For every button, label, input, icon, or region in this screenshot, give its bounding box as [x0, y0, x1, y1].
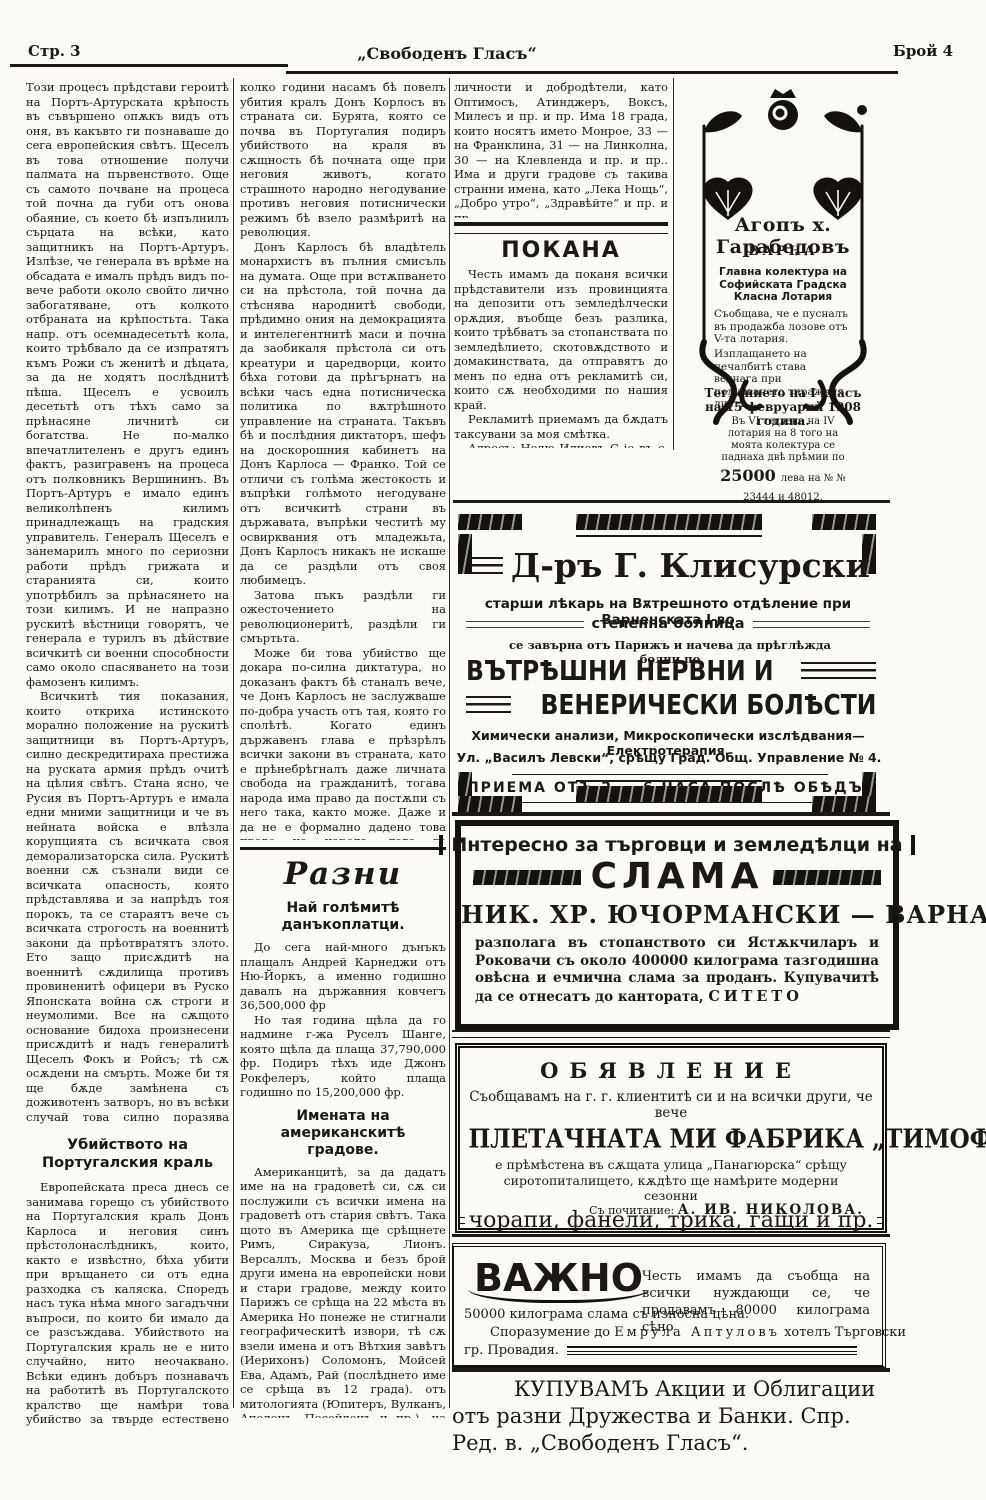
address-row: Ул. „Василъ Левски“, срѣщу Град. Общ. Уп…: [462, 750, 876, 765]
doctor-name: Д-ръ Г. Клисурски: [511, 546, 870, 585]
leaf-finial-right: [824, 111, 862, 132]
thin-rule: [512, 802, 828, 803]
ad-separator-rule: [453, 500, 890, 503]
ad-obyavlenie-timofeev: ОБЯВЛЕНИЕ Съобщавамъ на г. г. клиентитѣ …: [455, 1043, 887, 1233]
header-rule-right: [286, 71, 898, 74]
lottery-prize-line: 25000 лева на № № 23444 и 48012.: [716, 466, 850, 504]
news-item-heading: Имената на американскитѣ градове.: [257, 1108, 429, 1159]
signature-name: А. ИВ. НИКОЛОВА.: [678, 1202, 864, 1218]
factory-name-line: ПЛЕТАЧНАТА МИ ФАБРИКА „ТИМОФЕЕВЪ“: [468, 1123, 873, 1154]
double-line-ornament: [466, 621, 584, 628]
ad-separator-rule: [452, 1030, 890, 1038]
slama-header-row: Интересно за търговци и земледѣлци на: [461, 834, 893, 856]
siteto-word: СИТЕТО: [708, 988, 803, 1005]
news-item-heading: Най голѣмитѣ данъкоплатци.: [240, 900, 446, 934]
address-text: Ул. „Василъ Левски“, срѣщу Град. Общ. Уп…: [457, 750, 882, 765]
ornament-bar: [458, 514, 522, 530]
ad-pokana: ПОКАНА Честь имамъ да поканя всички прѣд…: [454, 220, 668, 448]
slama-body-text: разполага въ стопанството си Ястѫкчиларъ…: [475, 935, 879, 1006]
ad-text: Съобщава, че е пусналъ въ продажба лозов…: [714, 308, 852, 346]
paragraph: До сега най-много дънъкъ плащалъ Андрей …: [240, 940, 446, 1013]
triple-line-ornament: [801, 662, 876, 679]
paragraph: колко години насамъ бѣ повелъ убития кра…: [240, 80, 446, 240]
ornament-line: [576, 780, 762, 782]
obyavlenie-line: Съобщавамъ на г. г. клиентитѣ си и на вс…: [460, 1089, 882, 1121]
slama-header-text: Интересно за търговци и земледѣлци на: [451, 834, 902, 856]
hospital-line-row: степенна болница: [466, 616, 870, 632]
kupuvam-text: КУПУВАМЪ Акции и Облигации отъ разни Дру…: [452, 1376, 886, 1457]
bracket-ornament: [439, 835, 443, 855]
obyavlenie-line: е прѣмѣстена въ сѫщата улица „Панагюрска…: [486, 1157, 856, 1204]
specialty-row-2: ВЕНЕРИЧЕСКИ БОЛѢСТИ: [466, 690, 876, 719]
column-divider-2: [449, 78, 450, 1408]
section-rule: [240, 847, 446, 850]
header-rule-left: [10, 64, 288, 67]
article-portuguese-king: Убийството на Португалския краль Европей…: [26, 1126, 229, 1426]
specialty-row-1: ВЪТРѢШНИ НЕРВНИ И: [466, 656, 876, 685]
masthead-title: „Свободенъ Гласъ“: [347, 44, 547, 63]
paragraph: Затова пъкъ раздѣли ги ожесточението на …: [240, 588, 446, 646]
issue-number-label: Брой 4: [893, 42, 953, 60]
triple-line-ornament: [466, 696, 511, 713]
ornament-bar: [812, 796, 876, 812]
crest-crown: [770, 89, 796, 98]
razni-section-title: Разни: [240, 856, 446, 892]
advertiser-city: ВАРНА: [706, 244, 860, 259]
article-continuation-col2: колко години насамъ бѣ повелъ убития кра…: [240, 80, 446, 840]
triple-line-ornament: [470, 557, 503, 574]
merchant-name: НИК. ХР. ЮЧОРМАНСКИ — ВАРНА: [461, 900, 893, 929]
paragraph: Всичкитѣ тия показания, които откриха ис…: [26, 689, 229, 1126]
paragraph: Американцитѣ, за да дадатъ име на на гра…: [240, 1165, 446, 1419]
paragraph: Може би това убийство ще докара по-силна…: [240, 646, 446, 841]
section-rule: [454, 222, 668, 234]
ornament-bar: [773, 870, 881, 885]
lottery-prize-note: Въ VI теглене на IV лотария на 8 того на…: [716, 416, 850, 464]
doctor-title-row: Д-ръ Г. Клисурски: [470, 546, 878, 585]
article-port-arthur: Този процесъ прѣдстави героитѣ на Портъ-…: [26, 80, 229, 1126]
specialty-text-1: ВЪТРѢШНИ НЕРВНИ И: [466, 654, 774, 686]
ad-separator-rule: [452, 812, 890, 816]
hospital-name: степенна болница: [592, 616, 745, 632]
paragraph: личности и добродѣтели, като Оптимосъ, А…: [454, 80, 668, 218]
signature-label: Съ почитание:: [589, 1204, 674, 1217]
ad-vazhno: ВАЖНО Честь имамъ да съобща на всички ну…: [452, 1243, 886, 1368]
notice-kupuvam: КУПУВАМЪ Акции и Облигации отъ разни Дру…: [452, 1376, 886, 1457]
leaf-finial-left: [704, 111, 742, 132]
paragraph: Но тая година щѣла да го надмине г-жа Ру…: [240, 1013, 446, 1100]
ornament-bar: [576, 786, 762, 802]
paragraph: Адресъ: Недю Илиевъ С ie въ с. Асѫлъ-Бей…: [454, 441, 668, 448]
multi-line-ornament: [567, 1346, 857, 1355]
contact-person-name: Емрула Аптуловъ: [614, 1325, 780, 1340]
column-divider-1: [233, 78, 234, 1408]
double-line-ornament: [753, 621, 871, 628]
specialty-text-2: ВЕНЕРИЧЕСКИ БОЛѢСТИ: [540, 688, 876, 720]
paragraph: Този процесъ прѣдстави героитѣ на Портъ-…: [26, 80, 229, 689]
section-razni: Разни Най голѣмитѣ данъкоплатци. До сега…: [240, 843, 446, 1418]
vazhno-title: ВАЖНО: [468, 1259, 649, 1303]
ornament-bar: [812, 514, 876, 530]
prize-amount: 25000: [720, 466, 776, 485]
crest-medallion: [768, 100, 798, 130]
ad-slama: Интересно за търговци и земледѣлци на СЛ…: [455, 820, 899, 1030]
vazhno-text-3c: хотелъ Търговски: [784, 1325, 906, 1340]
slama-word: СЛАМА: [591, 858, 764, 896]
signature-row: Съ почитание: А. ИВ. НИКОЛОВА.: [589, 1202, 864, 1218]
pokana-title: ПОКАНА: [454, 238, 668, 263]
vazhno-text-2: 50000 килограма слама съ износна цѣна.: [464, 1307, 749, 1322]
slama-word-row: СЛАМА: [461, 858, 893, 896]
ad-lottery-garabedov: Агопъ х. Гарабедовъ ВАРНА Главна колекту…: [688, 86, 878, 430]
vazhno-text-3: Споразумение до Емрула Аптуловъ хотелъ Т…: [490, 1325, 906, 1340]
ornament-bar: [458, 796, 522, 812]
double-line-ornament: [877, 1217, 882, 1224]
slama-body-span: разполага въ стопанството си Ястѫкчиларъ…: [475, 935, 879, 1005]
page-number-label: Стр. 3: [28, 42, 81, 60]
paragraph: Донъ Карлосъ бѣ владѣтель монархистъ въ …: [240, 240, 446, 588]
paragraph: Честь имамъ да поканя всички прѣдставите…: [454, 267, 668, 412]
lottery-agency-line: Главна колектура на Софийската Градска К…: [718, 266, 848, 304]
bracket-ornament: [911, 835, 915, 855]
newspaper-page: Стр. 3 „Свободенъ Гласъ“ Брой 4 Този про…: [0, 0, 986, 1500]
thin-rule: [512, 774, 828, 775]
article-continuation-col3: личности и добродѣтели, като Оптимосъ, А…: [454, 80, 668, 218]
ornament-bar: [576, 514, 762, 530]
paragraph: Европейската преса днесь се занимава гор…: [26, 1180, 229, 1426]
ad-separator-rule: [452, 1234, 890, 1237]
paragraph: Рекламитѣ приемамъ да бѫдатъ таксувани з…: [454, 412, 668, 441]
obyavlenie-title: ОБЯВЛЕНИЕ: [460, 1058, 882, 1083]
article-heading: Убийството на Португалския краль: [40, 1136, 216, 1172]
ornament-bar: [473, 870, 581, 885]
vazhno-city-row: гр. Провадия.: [464, 1343, 857, 1358]
double-line-ornament: [460, 1217, 465, 1224]
vazhno-text-3a: Споразумение до: [490, 1325, 610, 1340]
column-divider-3: [673, 78, 674, 450]
ad-separator-rule: [452, 1368, 890, 1372]
vazhno-city: гр. Провадия.: [464, 1343, 559, 1358]
ornament-line: [576, 535, 762, 537]
